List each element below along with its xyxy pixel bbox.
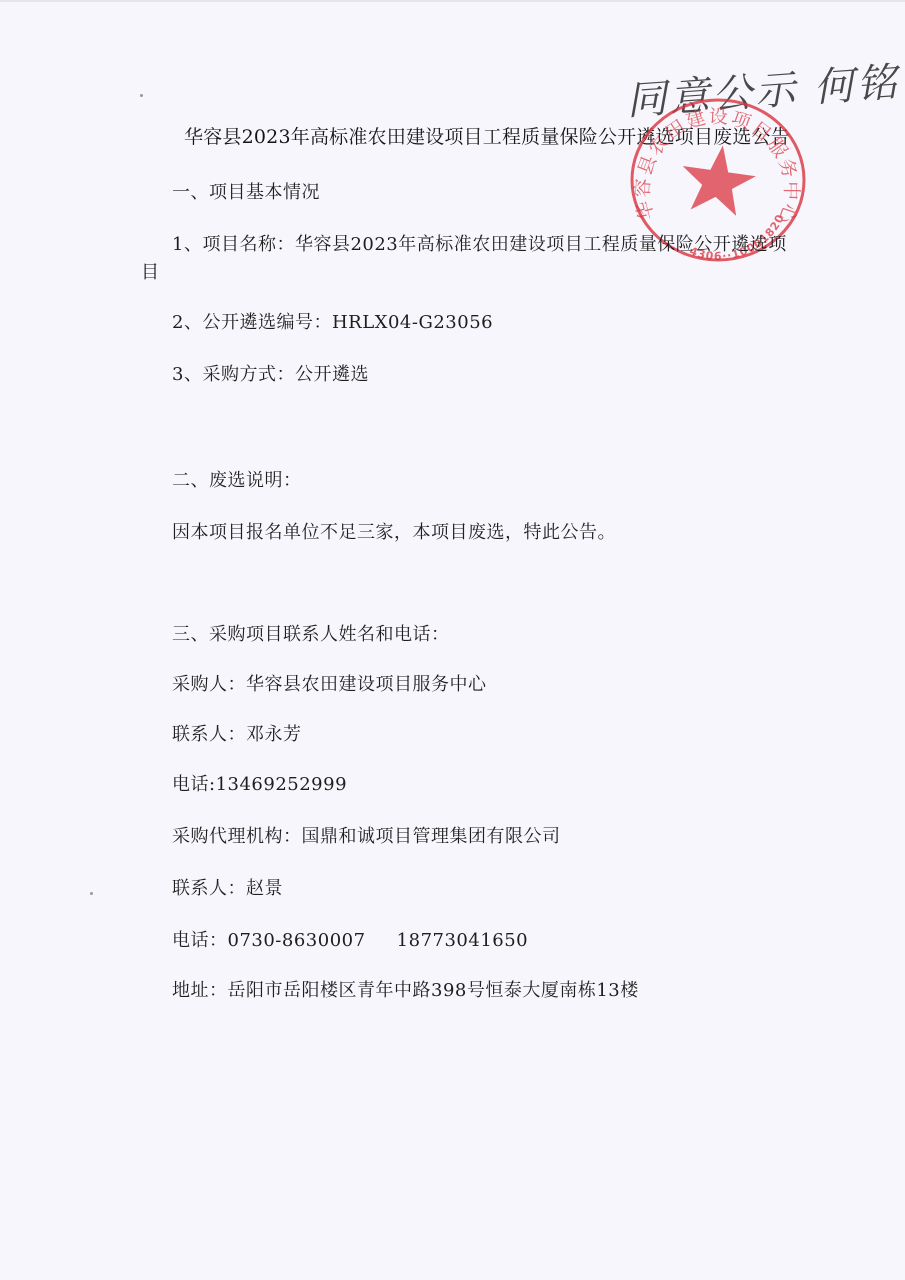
document-page: 同意公示 何铭 华容县2023年高标准农田建设项目工程质量保险公开遴选项目废选公… (0, 0, 905, 1280)
scan-speck (90, 892, 93, 895)
project-name-wrap: 目 (141, 258, 160, 284)
cancellation-reason: 因本项目报名单位不足三家，本项目废选，特此公告。 (172, 518, 616, 544)
procurement-method: 3、采购方式：公开遴选 (172, 360, 369, 386)
procurement-agency: 采购代理机构：国鼎和诚项目管理集团有限公司 (172, 822, 561, 848)
project-name: 1、项目名称：华容县2023年高标准农田建设项目工程质量保险公开遴选项 (172, 230, 787, 256)
document-title: 华容县2023年高标准农田建设项目工程质量保险公开遴选项目废选公告 (184, 122, 790, 149)
agency-phone: 电话：0730-8630007 18773041650 (172, 926, 528, 952)
section2-heading: 二、废选说明： (172, 466, 302, 492)
purchaser: 采购人：华容县农田建设项目服务中心 (172, 670, 487, 696)
purchaser-phone: 电话:13469252999 (172, 770, 347, 796)
agency-contact: 联系人：赵景 (172, 874, 283, 900)
agency-address: 地址：岳阳市岳阳楼区青年中路398号恒泰大厦南栋13楼 (172, 976, 639, 1002)
handwritten-approval-note: 同意公示 何铭 (624, 51, 901, 127)
purchaser-contact: 联系人：邓永芳 (172, 720, 302, 746)
section3-heading: 三、采购项目联系人姓名和电话： (172, 620, 450, 646)
section1-heading: 一、项目基本情况 (172, 178, 320, 204)
scan-speck (140, 94, 143, 97)
selection-number: 2、公开遴选编号：HRLX04-G23056 (172, 308, 493, 334)
